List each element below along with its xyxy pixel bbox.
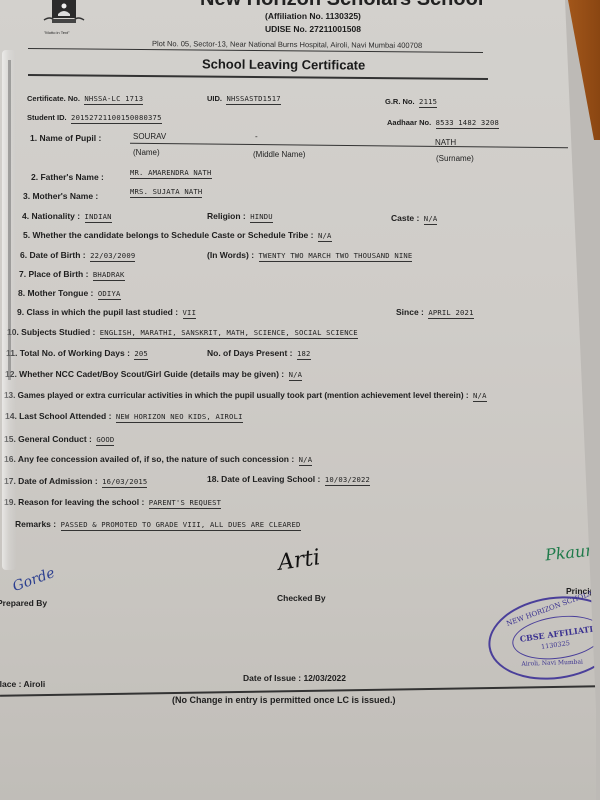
place-of-issue: Place : Airoli — [0, 679, 45, 689]
ncc-row: 12. Whether NCC Cadet/Boy Scout/Girl Gui… — [5, 364, 302, 382]
dob-row: 6. Date of Birth : 22/03/2009 — [20, 245, 135, 263]
ncc-value: N/A — [289, 370, 303, 381]
student-id-row: Student ID. 20152721100150080375 — [27, 107, 162, 125]
sc-st-value: N/A — [318, 231, 332, 242]
affiliation-number: (Affiliation No. 1130325) — [265, 11, 361, 21]
name-underline — [130, 143, 568, 149]
since-row: Since : APRIL 2021 — [396, 302, 474, 320]
aadhaar-number: 8533 1482 3208 — [436, 118, 499, 129]
father-name-row: 2. Father's Name : — [31, 167, 104, 185]
fee-concession-row: 16. Any fee concession availed of, if so… — [4, 449, 312, 467]
place-of-birth: BHADRAK — [93, 270, 125, 281]
student-id: 20152721100150080375 — [71, 113, 162, 124]
days-present: 182 — [297, 349, 311, 360]
surname-caption: (Surname) — [436, 154, 474, 163]
nationality-row: 4. Nationality : INDIAN — [22, 206, 112, 224]
place-of-birth-row: 7. Place of Birth : BHADRAK — [19, 264, 125, 282]
date-of-issue: Date of Issue : 12/03/2022 — [243, 673, 346, 683]
games-value: N/A — [473, 391, 487, 402]
middle-name: - — [255, 132, 258, 141]
page-title: School Leaving Certificate — [202, 56, 365, 72]
days-present-row: No. of Days Present : 182 — [207, 343, 311, 361]
sleeve-seam — [8, 60, 11, 380]
religion: HINDU — [250, 212, 273, 223]
caste-row: Caste : N/A — [391, 208, 437, 226]
admission-date: 16/03/2015 — [102, 477, 147, 488]
school-logo-icon — [40, 0, 88, 34]
reason-for-leaving: PARENT'S REQUEST — [149, 498, 221, 509]
stamp-location: Airoli, Navi Mumbai — [521, 659, 583, 668]
general-conduct: GOOD — [96, 435, 114, 446]
middle-name-caption: (Middle Name) — [253, 150, 305, 159]
mother-name-row: 3. Mother's Name : — [23, 186, 98, 204]
last-school: NEW HORIZON NEO KIDS, AIROLI — [116, 412, 243, 423]
reason-row: 19. Reason for leaving the school : PARE… — [4, 492, 221, 510]
leaving-date: 10/03/2022 — [325, 475, 370, 486]
certificate-paper: "Motto in Text" New Horizon Scholars Sch… — [0, 0, 596, 800]
udise-number: UDISE No. 27211001508 — [265, 24, 361, 34]
fee-concession: N/A — [299, 455, 313, 466]
school-address: Plot No. 05, Sector-13, Near National Bu… — [152, 39, 422, 50]
subjects: ENGLISH, MARATHI, SANSKRIT, MATH, SCIENC… — [100, 328, 358, 339]
certificate-number-row: Certificate. No. NHSSA-LC 1713 — [27, 88, 143, 106]
conduct-row: 15. General Conduct : GOOD — [4, 429, 114, 447]
logo-motto: "Motto in Text" — [44, 30, 69, 35]
checked-by-label: Checked By — [277, 593, 326, 603]
dob-words-row: (In Words) : TWENTY TWO MARCH TWO THOUSA… — [207, 245, 412, 263]
caste: N/A — [424, 214, 438, 225]
since-date: APRIL 2021 — [428, 308, 473, 319]
name-label: 1. Name of Pupil : — [30, 133, 101, 143]
remarks-row: Remarks : PASSED & PROMOTED TO GRADE VII… — [15, 514, 301, 532]
subjects-row: 10. Subjects Studied : ENGLISH, MARATHI,… — [7, 322, 358, 340]
title-divider — [28, 74, 488, 80]
prepared-by-label: Prepared By — [0, 598, 47, 608]
certificate-number: NHSSA-LC 1713 — [84, 94, 143, 105]
games-row: 13. Games played or extra curricular act… — [4, 385, 487, 403]
dob-in-words: TWENTY TWO MARCH TWO THOUSAND NINE — [259, 251, 413, 262]
leaving-date-row: 18. Date of Leaving School : 10/03/2022 — [207, 469, 370, 487]
name-caption: (Name) — [133, 148, 160, 157]
aadhaar-row: Aadhaar No. 8533 1482 3208 — [387, 112, 499, 130]
uid-value: NHSSASTD1517 — [226, 94, 280, 105]
admission-date-row: 17. Date of Admission : 16/03/2015 — [4, 471, 147, 489]
remarks: PASSED & PROMOTED TO GRADE VIII, ALL DUE… — [61, 520, 301, 531]
checked-by-signature: Arti — [276, 545, 321, 576]
last-class: VII — [183, 308, 197, 319]
mother-tongue-row: 8. Mother Tongue : ODIYA — [18, 283, 121, 301]
uid-row: UID. NHSSASTD1517 — [207, 88, 281, 106]
father-name: MR. AMARENDRA NATH — [130, 168, 212, 179]
first-name: SOURAV — [133, 132, 166, 141]
gr-number-row: G.R. No. 2115 — [385, 91, 437, 109]
last-school-row: 14. Last School Attended : NEW HORIZON N… — [5, 406, 243, 424]
prepared-by-signature: Gorde — [11, 565, 57, 595]
working-days-row: 11. Total No. of Working Days : 205 — [6, 343, 148, 361]
school-stamp: NEW HORIZON SCHOLARS CBSE AFFILIATION 11… — [483, 588, 600, 688]
religion-row: Religion : HINDU — [207, 206, 273, 224]
mother-tongue: ODIYA — [98, 289, 121, 300]
last-class-row: 9. Class in which the pupil last studied… — [17, 302, 196, 320]
principal-signature: Pkaur — [544, 541, 594, 565]
working-days: 205 — [134, 349, 148, 360]
gr-number: 2115 — [419, 97, 437, 108]
footer-note: (No Change in entry is permitted once LC… — [172, 695, 396, 705]
sc-st-row: 5. Whether the candidate belongs to Sche… — [23, 225, 332, 243]
mother-name: MRS. SUJATA NATH — [130, 187, 202, 198]
school-name: New Horizon Scholars School — [200, 0, 483, 11]
date-of-birth: 22/03/2009 — [90, 251, 135, 262]
nationality: INDIAN — [85, 212, 112, 223]
